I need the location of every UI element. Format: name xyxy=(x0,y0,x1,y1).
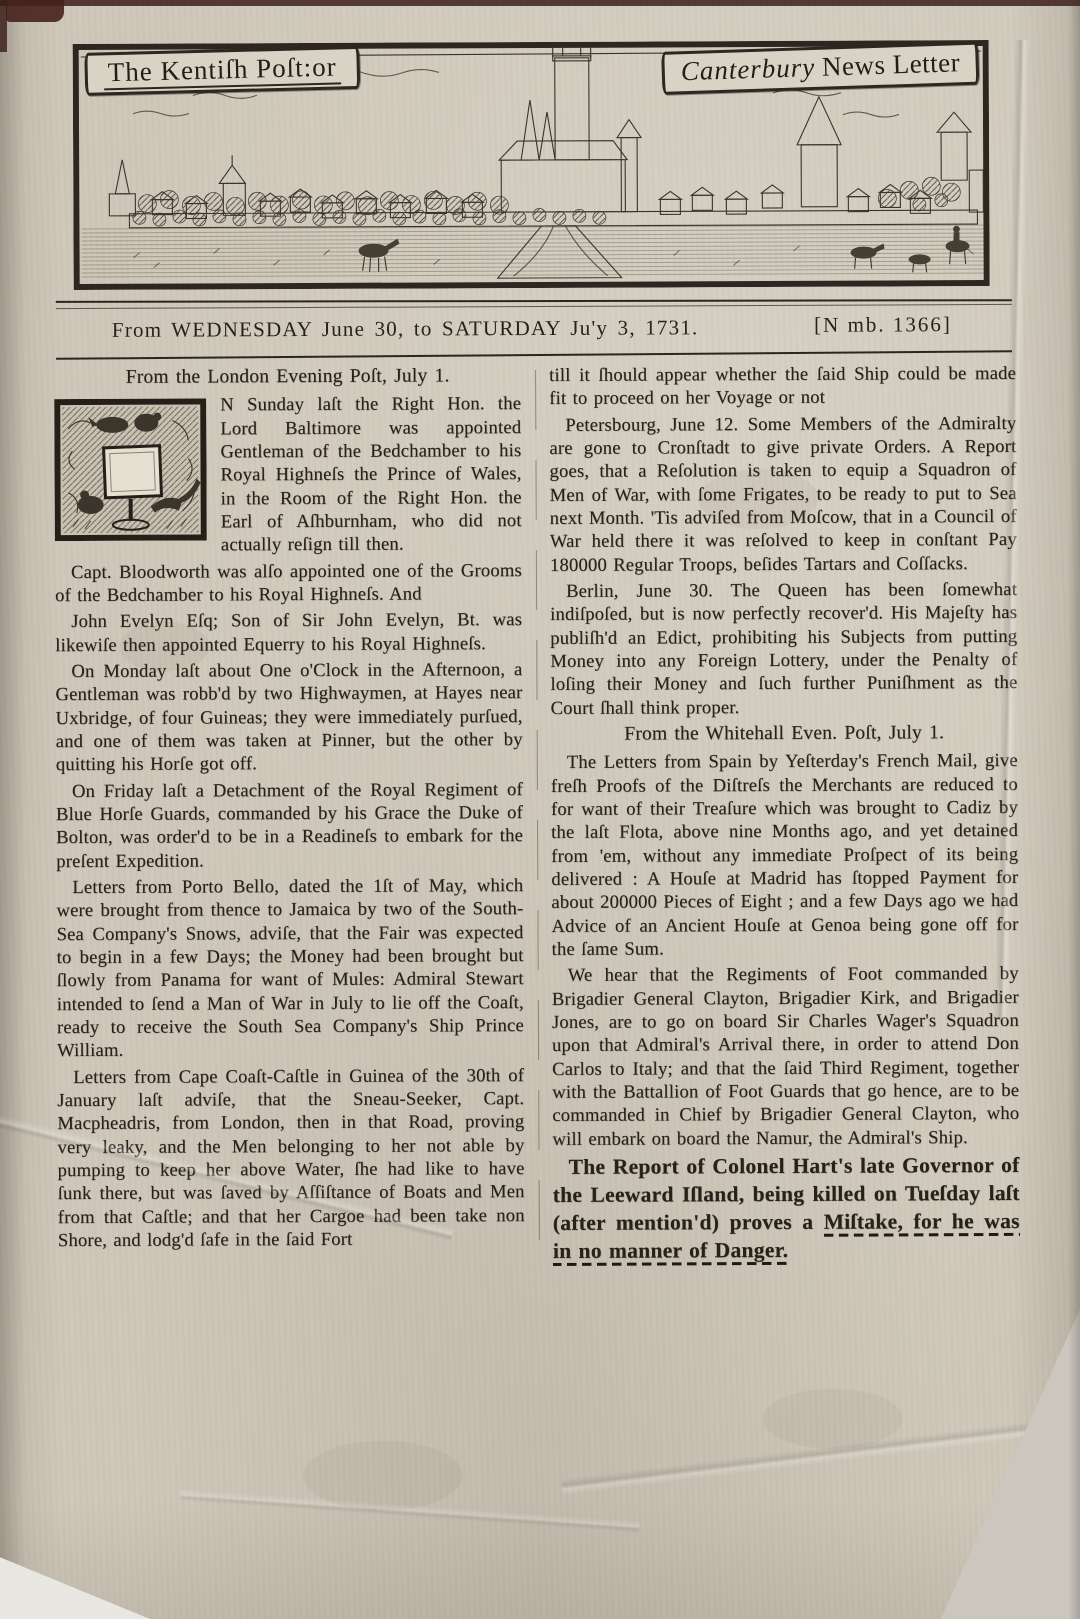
paragraph: We hear that the Regiments of Foot comma… xyxy=(552,962,1020,1151)
masthead-title-right-roman: News Letter xyxy=(821,47,960,81)
paragraph: On Friday laſt a Detachment of the Royal… xyxy=(56,778,523,873)
paper-stain xyxy=(303,1440,463,1511)
masthead-title-right-script: Canterbury xyxy=(680,52,815,86)
rule-top-thin xyxy=(56,304,1012,309)
left-column: From the London Evening Poſt, July 1. xyxy=(54,364,525,1271)
woodcut-initial-engraving xyxy=(54,399,207,542)
newspaper-scan-photo: The Kentiſh Poſt:or Canterbury News Lett… xyxy=(0,0,1080,1619)
photo-edge-top xyxy=(0,0,1080,6)
column-divider xyxy=(535,370,540,1259)
rule-bottom xyxy=(56,350,1012,360)
paragraph: Berlin, June 30. The Queen has been ſome… xyxy=(550,578,1018,720)
paragraph: Petersbourg, June 12. Some Members of th… xyxy=(549,412,1017,577)
paragraph: Letters from Porto Bello, dated the 1ſt … xyxy=(56,874,524,1063)
page-content: The Kentiſh Poſt:or Canterbury News Lett… xyxy=(0,0,1080,1619)
page-edge-shadow-right xyxy=(1068,0,1080,1619)
masthead: The Kentiſh Poſt:or Canterbury News Lett… xyxy=(73,40,990,290)
decorated-initial-woodcut xyxy=(54,399,207,542)
paragraph: On Monday laſt about One o'Clock in the … xyxy=(55,658,523,777)
masthead-title-left: The Kentiſh Poſt:or xyxy=(84,46,360,96)
paragraph: John Evelyn Eſq; Son of Sir John Evelyn,… xyxy=(55,608,522,657)
paragraph: Capt. Bloodworth was alſo appointed one … xyxy=(55,559,522,608)
issue-number: [N mb. 1366] xyxy=(814,312,952,338)
masthead-title-left-label: The Kentiſh Poſt:or xyxy=(103,51,341,90)
paragraph: The Letters from Spain by Yeſterday's Fr… xyxy=(551,749,1019,961)
section-heading-whitehall-evening-post: From the Whitehall Even. Poſt, July 1. xyxy=(551,721,1018,748)
right-column: till it ſhould appear whether the ſaid S… xyxy=(549,362,1020,1269)
paragraph: Letters from Cape Coaſt-Caſtle in Guinea… xyxy=(57,1064,525,1253)
rule-top xyxy=(56,299,1012,303)
photo-edge-mark-top-left xyxy=(6,0,64,22)
body-columns: From the London Evening Poſt, July 1. xyxy=(54,362,1020,1271)
section-heading-london-evening-post: From the London Evening Poſt, July 1. xyxy=(54,364,521,391)
photo-edge-mark-left xyxy=(0,0,7,52)
paragraph: till it ſhould appear whether the ſaid S… xyxy=(549,362,1016,411)
dateline-range: From WEDNESDAY June 30, to SATURDAY Ju'y… xyxy=(112,315,699,343)
paragraph-report-colonel-hart: The Report of Colonel Hart's late Govern… xyxy=(553,1152,1020,1266)
dateline: From WEDNESDAY June 30, to SATURDAY Ju'y… xyxy=(56,298,1012,360)
paper-stain xyxy=(763,1388,903,1449)
